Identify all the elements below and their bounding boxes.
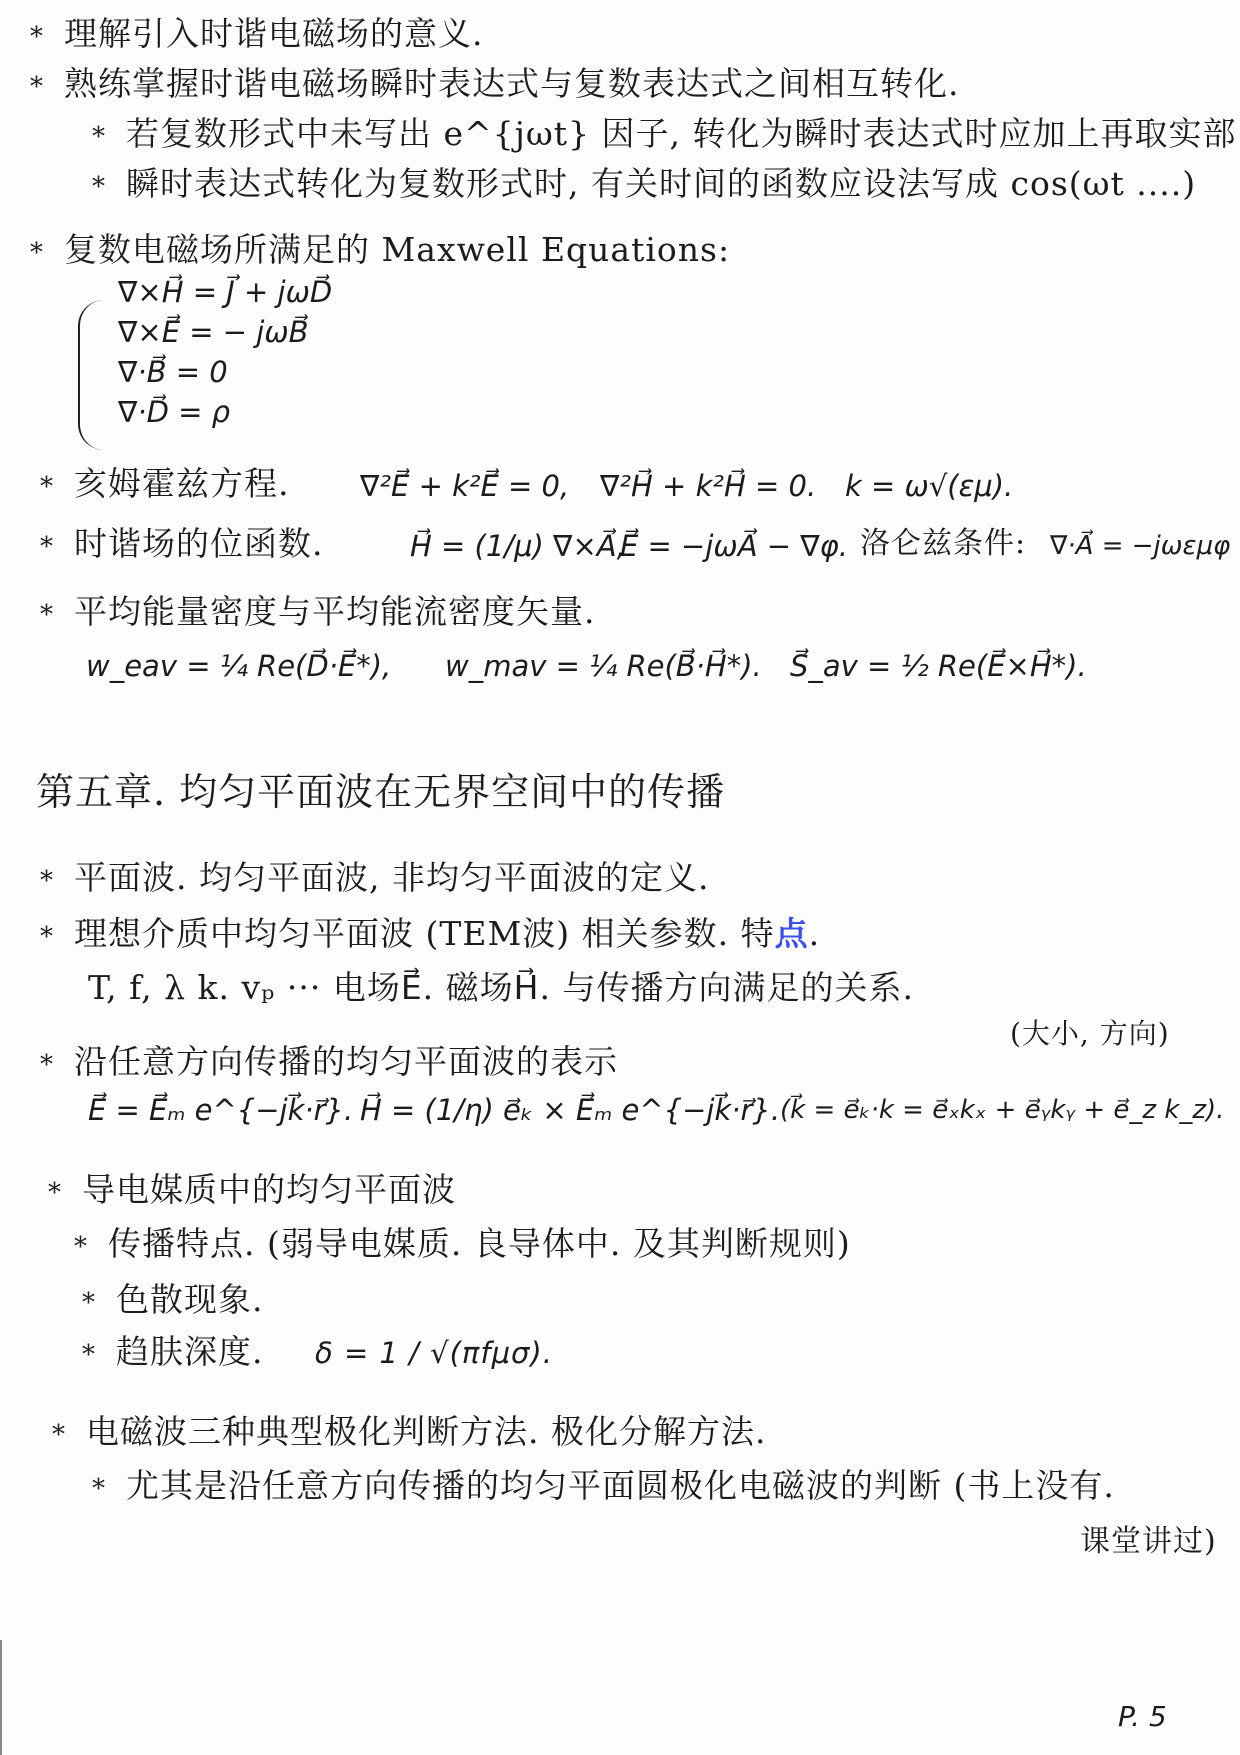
note-text: 理解引入时谐电磁场的意义. (64, 14, 484, 53)
bullet: * (30, 231, 64, 275)
bullet: * (92, 165, 126, 209)
bullet: * (52, 1413, 86, 1457)
bullet: * (82, 1281, 116, 1325)
note-item: *复数电磁场所满足的 Maxwell Equations: (30, 228, 730, 275)
note-item: *平面波. 均匀平面波, 非均匀平面波的定义. (40, 856, 709, 903)
note-text: 平面波. 均匀平面波, 非均匀平面波的定义. (74, 858, 709, 897)
note-detail: 课堂讲过) (1080, 1520, 1217, 1564)
skin-depth-eq: δ = 1 / √(πfμσ). (315, 1336, 553, 1370)
note-item: *沿任意方向传播的均匀平面波的表示 (40, 1040, 618, 1087)
note-detail: T, f, λ k. vₚ ··· 电场E⃗. 磁场H⃗. 与传播方向满足的关系… (88, 966, 914, 1010)
bullet: * (92, 1467, 126, 1511)
potential-eq-h: H⃗ = (1/μ) ∇×A⃗, (410, 526, 626, 566)
note-item: *熟练掌握时谐电磁场瞬时表达式与复数表达式之间相互转化. (30, 62, 960, 109)
note-subitem: *趋肤深度. δ = 1 / √(πfμσ). (82, 1330, 553, 1377)
maxwell-equation: ∇×E⃗ = − jωB⃗ (118, 312, 309, 352)
note-subitem: *若复数形式中未写出 e^{jωt} 因子, 转化为瞬时表达式时应加上再取实部 (92, 112, 1237, 159)
poynting-eq: S⃗_av = ½ Re(E⃗×H⃗*). (790, 646, 1087, 686)
bullet: * (40, 915, 74, 959)
note-text: 若复数形式中未写出 e^{jωt} 因子, 转化为瞬时表达式时应加上再取实部 (126, 114, 1237, 153)
note-subitem: *色散现象. (82, 1278, 264, 1325)
note-text: 瞬时表达式转化为复数形式时, 有关时间的函数应设法写成 cos(ωt ....) (126, 164, 1196, 203)
note-text: 尤其是沿任意方向传播的均匀平面圆极化电磁波的判断 (书上没有. (126, 1466, 1115, 1505)
helmholtz-label: 亥姆霍兹方程. (74, 464, 290, 503)
highlighted-char: 点 (775, 914, 809, 953)
wave-vector-eq: (k⃗ = e⃗ₖ·k = e⃗ₓkₓ + e⃗ᵧkᵧ + e⃗_z k_z). (780, 1090, 1224, 1130)
chapter-title: 第五章. 均匀平面波在无界空间中的传播 (36, 770, 725, 814)
bullet: * (74, 1225, 108, 1269)
note-item: *电磁波三种典型极化判断方法. 极化分解方法. (52, 1410, 766, 1457)
maxwell-equation: ∇×H⃗ = J⃗ + jωD⃗ (118, 272, 332, 312)
maxwell-equation: ∇·B⃗ = 0 (118, 352, 228, 392)
note-text: 沿任意方向传播的均匀平面波的表示 (74, 1042, 618, 1081)
gauge-label: 洛仑兹条件: (860, 522, 1026, 566)
note-detail: (大小, 方向) (1010, 1012, 1170, 1056)
note-text: 色散现象. (116, 1280, 264, 1319)
note-text: 传播特点. (弱导电媒质. 良导体中. 及其判断规则) (108, 1224, 851, 1263)
equation-brace (78, 300, 106, 450)
potential-line: *时谐场的位函数. (40, 522, 324, 569)
page-number: P. 5 (1118, 1700, 1167, 1733)
note-text: 理想介质中均匀平面波 (TEM波) 相关参数. 特 (74, 914, 775, 953)
helmholtz-eq-e: ∇²E⃗ + k²E⃗ = 0, (360, 466, 569, 506)
energy-label: 平均能量密度与平均能流密度矢量. (74, 592, 596, 631)
energy-eq-e: w_eav = ¼ Re(D⃗·E⃗*), (86, 646, 391, 686)
note-text: 导电媒质中的均匀平面波 (82, 1170, 456, 1209)
bullet: * (82, 1333, 116, 1377)
potential-eq-e: E⃗ = −jωA⃗ − ∇φ. (620, 526, 848, 566)
bullet: * (40, 465, 74, 509)
note-text: 电磁波三种典型极化判断方法. 极化分解方法. (86, 1412, 766, 1451)
bullet: * (30, 65, 64, 109)
note-text: 复数电磁场所满足的 Maxwell Equations: (64, 230, 730, 269)
helmholtz-line: *亥姆霍兹方程. (40, 462, 290, 509)
bullet: * (30, 15, 64, 59)
potential-label: 时谐场的位函数. (74, 524, 324, 563)
note-item: *导电媒质中的均匀平面波 (48, 1168, 456, 1215)
maxwell-equation: ∇·D⃗ = ρ (118, 392, 230, 432)
note-item: *理想介质中均匀平面波 (TEM波) 相关参数. 特点. (40, 912, 820, 959)
bullet: * (48, 1171, 82, 1215)
note-subitem: *尤其是沿任意方向传播的均匀平面圆极化电磁波的判断 (书上没有. (92, 1464, 1115, 1511)
note-text: 熟练掌握时谐电磁场瞬时表达式与复数表达式之间相互转化. (64, 64, 960, 103)
helmholtz-eq-h: ∇²H⃗ + k²H⃗ = 0. (600, 466, 816, 506)
note-subitem: *瞬时表达式转化为复数形式时, 有关时间的函数应设法写成 cos(ωt ....… (92, 162, 1196, 209)
bullet: * (40, 859, 74, 903)
note-text: 趋肤深度. (116, 1332, 264, 1371)
wavenumber-eq: k = ω√(εμ). (845, 466, 1013, 506)
notes-page: *理解引入时谐电磁场的意义. *熟练掌握时谐电磁场瞬时表达式与复数表达式之间相互… (0, 0, 1240, 1755)
bullet: * (40, 1043, 74, 1087)
note-item: *理解引入时谐电磁场的意义. (30, 12, 484, 59)
bullet: * (40, 525, 74, 569)
scan-edge (0, 1640, 2, 1755)
bullet: * (92, 115, 126, 159)
energy-eq-m: w_mav = ¼ Re(B⃗·H⃗*). (445, 646, 762, 686)
note-text-suffix: . (809, 914, 821, 953)
gauge-eq: ∇·A⃗ = −jωεμφ (1050, 526, 1230, 566)
bullet: * (40, 593, 74, 637)
plane-wave-eq-h: H⃗ = (1/η) e⃗ₖ × E⃗ₘ e^{−jk⃗·r⃗}. (360, 1090, 780, 1130)
note-subitem: *传播特点. (弱导电媒质. 良导体中. 及其判断规则) (74, 1222, 851, 1269)
plane-wave-eq-e: E⃗ = E⃗ₘ e^{−jk⃗·r⃗}. (88, 1090, 353, 1130)
energy-line: *平均能量密度与平均能流密度矢量. (40, 590, 596, 637)
